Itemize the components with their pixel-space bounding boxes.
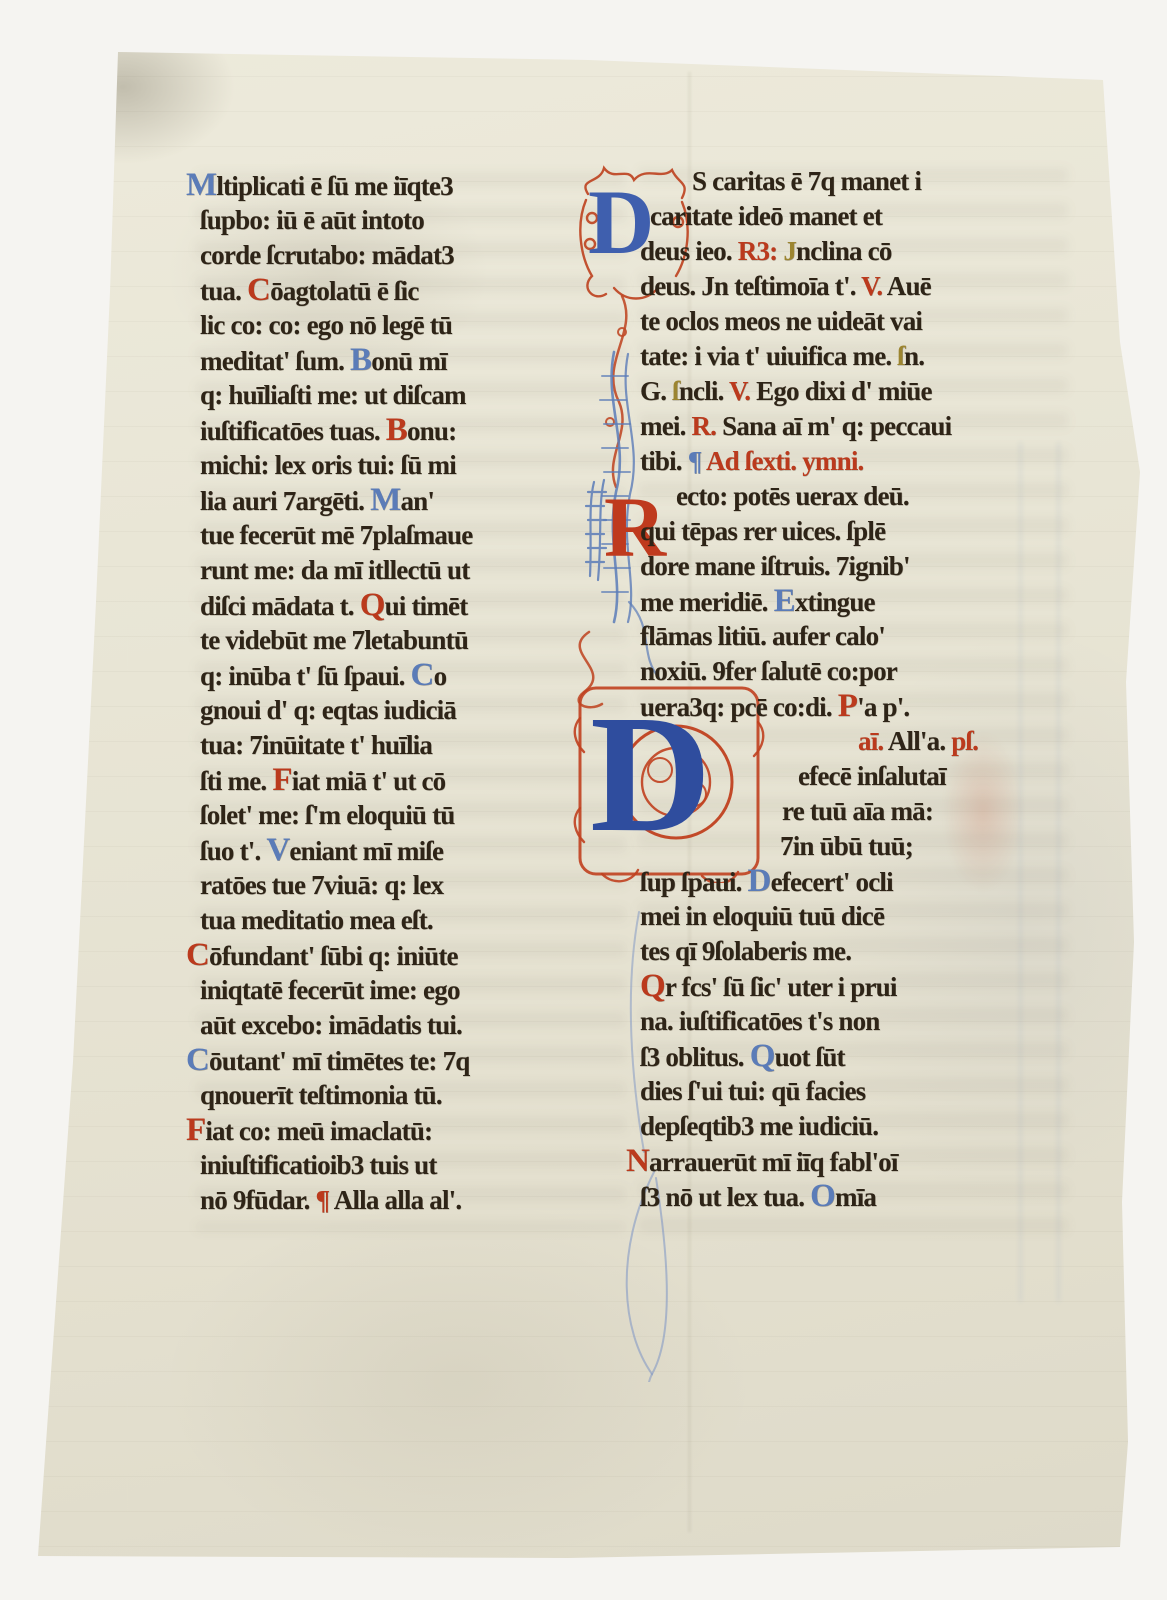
- text-segment: tibi.: [640, 446, 688, 476]
- text-line: mei. R. Sana aī m' q: peccaui: [640, 409, 1070, 444]
- text-segment: meditat' ſum.: [200, 346, 350, 376]
- text-segment: qui tēpas rer uices. ſplē: [640, 516, 885, 546]
- text-line: ſuo t'. Veniant mī miſe: [200, 833, 630, 868]
- photo-backdrop: D R: [0, 0, 1167, 1600]
- text-line: te oclos meos ne uideāt vai: [640, 304, 1070, 339]
- text-line: diſci mādata t. Qui timēt: [200, 588, 630, 623]
- text-segment: S caritas ē 7q manet i: [692, 166, 921, 196]
- text-line: ſ3 oblitus. Quot ſūt: [640, 1039, 1070, 1074]
- text-line: q: inūba t' ſū ſpaui. Co: [200, 658, 630, 693]
- text-line: Narrauerūt mī iīq fabl'oī: [640, 1144, 1070, 1179]
- text-segment: depſeqtib3 me iudiciū.: [640, 1111, 878, 1141]
- text-segment: mīa: [835, 1182, 876, 1212]
- text-segment: All'a.: [883, 726, 951, 756]
- text-segment: an': [400, 486, 434, 516]
- text-line: efecē inſalutaī: [640, 759, 1070, 794]
- text-segment: Ego dixi d' miūe: [750, 376, 931, 406]
- text-line: qui tēpas rer uices. ſplē: [640, 514, 1070, 549]
- text-segment: ſuo t'.: [200, 836, 266, 866]
- text-line: Qr fcs' ſū ſic' uter i prui: [640, 969, 1070, 1004]
- text-line: tua. Cōagtolatū ē ſic: [200, 273, 630, 308]
- text-line: flāmas litiū. aufer calo': [640, 619, 1070, 654]
- versal-initial: C: [186, 1042, 209, 1078]
- text-segment: runt me: da mī itllectū ut: [200, 555, 469, 585]
- text-segment: ōagtolatū ē ſic: [270, 276, 418, 306]
- text-line: ſti me. Fiat miā t' ut cō: [200, 763, 630, 798]
- rubric-text: ſ: [672, 376, 679, 406]
- versal-initial: M: [370, 482, 400, 518]
- text-segment: te oclos meos ne uideāt vai: [640, 306, 922, 336]
- versal-initial: E: [774, 583, 795, 619]
- text-segment: o: [434, 661, 447, 691]
- rubric-text: aī.: [858, 726, 883, 756]
- text-segment: onu:: [407, 416, 456, 446]
- text-line: meditat' ſum. Bonū mī: [200, 343, 630, 378]
- text-segment: deus. Jn teſtimoīa t'.: [640, 271, 861, 301]
- versal-initial: B: [350, 342, 371, 378]
- text-line: runt me: da mī itllectū ut: [200, 553, 630, 588]
- text-segment: nō 9fūdar.: [200, 1185, 316, 1215]
- versal-initial: V: [266, 832, 289, 868]
- text-line: uera3q: pcē co:di. P'a p'.: [640, 689, 1070, 724]
- text-line: dies ſ'ui tui: qū facies: [640, 1074, 1070, 1109]
- text-segment: ſ3 nō ut lex tua.: [640, 1182, 810, 1212]
- rubric-text: Ad ſexti. ymni.: [706, 446, 864, 476]
- text-segment: ncli.: [679, 376, 729, 406]
- rubric-text: ¶: [316, 1185, 330, 1215]
- text-line: Mltiplicati ē ſū me iīqte3: [200, 168, 630, 203]
- text-segment: ltiplicati ē ſū me iīqte3: [216, 171, 452, 201]
- text-segment: Alla alla al'.: [329, 1185, 461, 1215]
- text-segment: uot ſūt: [775, 1042, 845, 1072]
- text-segment: ſ3 oblitus.: [640, 1042, 750, 1072]
- text-segment: deus ieo.: [640, 236, 738, 266]
- versal-initial: C: [411, 657, 434, 693]
- versal-initial: C: [247, 272, 270, 308]
- text-segment: flāmas litiū. aufer calo': [640, 621, 885, 651]
- text-segment: Auē: [882, 271, 931, 301]
- text-segment: iuſtificatōes tuas.: [200, 416, 386, 446]
- text-segment: r fcs' ſū ſic' uter i prui: [665, 972, 897, 1002]
- text-line: mei in eloquiū tuū dicē: [640, 899, 1070, 934]
- rubric-text: ſ: [897, 341, 904, 371]
- text-line: tibi. ¶ Ad ſexti. ymni.: [640, 444, 1070, 479]
- text-line: tes qī 9ſolaberis me.: [640, 934, 1070, 969]
- text-line: corde ſcrutabo: mādat3: [200, 238, 630, 273]
- text-segment: dore mane iſtruis. 7ignib': [640, 551, 910, 581]
- text-segment: ōutant' mī timētes te: 7q: [209, 1046, 469, 1076]
- text-segment: gnoui d' q: eqtas iudiciā: [200, 695, 456, 725]
- text-segment: tua: 7inūitate t' huīlia: [200, 730, 432, 760]
- text-segment: ui timēt: [385, 591, 468, 621]
- text-segment: lic co: co: ego nō legē tū: [200, 310, 452, 340]
- text-segment: q: inūba t' ſū ſpaui.: [200, 661, 411, 691]
- text-segment: te videbūt me 7letabuntū: [200, 625, 468, 655]
- text-segment: na. iuſtificatōes t's non: [640, 1006, 880, 1036]
- rubric-text: V.: [729, 376, 750, 406]
- text-segment: efecē inſalutaī: [798, 761, 946, 791]
- text-segment: caritate ideō manet et: [650, 201, 882, 231]
- text-line: me meridiē. Extingue: [640, 584, 1070, 619]
- text-line: S caritas ē 7q manet i: [640, 164, 1070, 199]
- text-segment: tua.: [200, 276, 247, 306]
- text-segment: me meridiē.: [640, 587, 774, 617]
- text-line: gnoui d' q: eqtas iudiciā: [200, 693, 630, 728]
- text-line: 7in ūbū tuū;: [640, 829, 1070, 864]
- text-segment: n.: [904, 341, 924, 371]
- text-segment: iat miā t' ut cō: [292, 766, 446, 796]
- text-line: Fiat co: meū imaclatū:: [200, 1113, 630, 1148]
- text-segment: q: huīliaſti me: ut diſcam: [200, 380, 466, 410]
- text-segment: diſci mādata t.: [200, 591, 360, 621]
- versal-initial: C: [186, 937, 209, 973]
- rubric-text: V.: [861, 271, 882, 301]
- text-line: caritate ideō manet et: [640, 199, 1070, 234]
- text-segment: 7in ūbū tuū;: [780, 831, 913, 861]
- text-segment: eniant mī miſe: [289, 836, 443, 866]
- text-segment: ōfundant' ſūbi q: iniūte: [209, 941, 458, 971]
- text-line: ſupbo: iū ē aūt intoto: [200, 203, 630, 238]
- right-text-column: S caritas ē 7q manet icaritate ideō mane…: [640, 164, 1070, 1214]
- text-segment: uera3q: pcē co:di.: [640, 692, 838, 722]
- text-line: ecto: potēs uerax deū.: [640, 479, 1070, 514]
- text-line: Cōfundant' ſūbi q: iniūte: [200, 938, 630, 973]
- text-line: ſolet' me: ſ'm eloquiū tū: [200, 798, 630, 833]
- text-line: te videbūt me 7letabuntū: [200, 623, 630, 658]
- text-segment: ſup ſpaui.: [640, 867, 748, 897]
- text-line: depſeqtib3 me iudiciū.: [640, 1109, 1070, 1144]
- text-line: lia auri 7argēti. Man': [200, 483, 630, 518]
- text-segment: michi: lex oris tui: ſū mi: [200, 450, 456, 480]
- text-segment: tate: i via t' uiuifica me.: [640, 341, 897, 371]
- text-segment: iat co: meū imaclatū:: [205, 1116, 432, 1146]
- text-segment: mei.: [640, 411, 691, 441]
- left-text-column: Mltiplicati ē ſū me iīqte3ſupbo: iū ē aū…: [200, 168, 630, 1218]
- text-segment: aūt excebo: imādatis tui.: [200, 1010, 462, 1040]
- text-segment: tua meditatio mea eſt.: [200, 905, 433, 935]
- text-segment: dies ſ'ui tui: qū facies: [640, 1076, 865, 1106]
- text-segment: ſupbo: iū ē aūt intoto: [200, 205, 424, 235]
- text-line: deus ieo. R3: Jnclina cō: [640, 234, 1070, 269]
- versal-initial: Q: [750, 1038, 775, 1074]
- text-line: iniqtatē fecerūt ime: ego: [200, 973, 630, 1008]
- text-line: tate: i via t' uiuifica me. ſn.: [640, 339, 1070, 374]
- versal-initial: Q: [360, 587, 385, 623]
- text-segment: 'a p'.: [857, 692, 909, 722]
- versal-initial: Q: [640, 968, 665, 1004]
- versal-initial: B: [386, 412, 407, 448]
- text-line: G. ſncli. V. Ego dixi d' miūe: [640, 374, 1070, 409]
- text-line: tua meditatio mea eſt.: [200, 903, 630, 938]
- text-line: ratōes tue 7viuā: q: lex: [200, 868, 630, 903]
- text-segment: tue fecerūt mē 7plaſmaue: [200, 520, 472, 550]
- versal-initial: F: [272, 762, 291, 798]
- rubric-text: R.: [691, 411, 716, 441]
- versal-initial: F: [186, 1112, 205, 1148]
- text-line: ſup ſpaui. Defecert' ocli: [640, 864, 1070, 899]
- text-segment: iniqtatē fecerūt ime: ego: [200, 975, 460, 1005]
- text-line: re tuū aīa mā:: [640, 794, 1070, 829]
- text-segment: arrauerūt mī iīq fabl'oī: [649, 1147, 898, 1177]
- text-segment: efecert' ocli: [771, 867, 893, 897]
- manuscript-leaf: D R: [28, 42, 1144, 1562]
- text-segment: lia auri 7argēti.: [200, 486, 370, 516]
- text-line: deus. Jn teſtimoīa t'. V. Auē: [640, 269, 1070, 304]
- text-segment: noxiū. 9fer ſalutē co:por: [640, 656, 897, 686]
- text-segment: ſolet' me: ſ'm eloquiū tū: [200, 800, 454, 830]
- text-line: aī. All'a. pſ.: [640, 724, 1070, 759]
- text-segment: mei in eloquiū tuū dicē: [640, 901, 884, 931]
- text-segment: ratōes tue 7viuā: q: lex: [200, 870, 443, 900]
- text-line: qnouerīt teſtimonia tū.: [200, 1078, 630, 1113]
- text-line: michi: lex oris tui: ſū mi: [200, 448, 630, 483]
- text-line: nō 9fūdar. ¶ Alla alla al'.: [200, 1183, 630, 1218]
- text-segment: G.: [640, 376, 672, 406]
- text-segment: nclina cō: [796, 236, 892, 266]
- text-segment: iniuſtificatioib3 tuis ut: [200, 1150, 437, 1180]
- text-line: ſ3 nō ut lex tua. Omīa: [640, 1179, 1070, 1214]
- text-segment: tes qī 9ſolaberis me.: [640, 936, 851, 966]
- text-line: iniuſtificatioib3 tuis ut: [200, 1148, 630, 1183]
- text-line: na. iuſtificatōes t's non: [640, 1004, 1070, 1039]
- text-segment: ecto: potēs uerax deū.: [676, 481, 909, 511]
- versal-initial: O: [810, 1178, 835, 1214]
- text-line: q: huīliaſti me: ut diſcam: [200, 378, 630, 413]
- rubric-text: pſ.: [951, 726, 978, 756]
- text-line: tua: 7inūitate t' huīlia: [200, 728, 630, 763]
- versal-initial: D: [748, 863, 771, 899]
- text-segment: ſti me.: [200, 766, 272, 796]
- versal-initial: M: [186, 167, 216, 203]
- text-segment: onū mī: [371, 346, 446, 376]
- versal-initial: N: [626, 1143, 649, 1179]
- rubric-text: R3:: [738, 236, 778, 266]
- left-edge-red-tinge: [34, 1082, 38, 1512]
- text-line: iuſtificatōes tuas. Bonu:: [200, 413, 630, 448]
- text-line: tue fecerūt mē 7plaſmaue: [200, 518, 630, 553]
- text-segment: xtingue: [795, 587, 875, 617]
- text-line: lic co: co: ego nō legē tū: [200, 308, 630, 343]
- text-segment: re tuū aīa mā:: [782, 796, 933, 826]
- text-line: noxiū. 9fer ſalutē co:por: [640, 654, 1070, 689]
- text-segment: corde ſcrutabo: mādat3: [200, 240, 454, 270]
- versal-initial: P: [838, 688, 857, 724]
- text-segment: qnouerīt teſtimonia tū.: [200, 1080, 442, 1110]
- rubric-text: ¶: [688, 446, 702, 476]
- text-line: dore mane iſtruis. 7ignib': [640, 549, 1070, 584]
- text-line: aūt excebo: imādatis tui.: [200, 1008, 630, 1043]
- versal-initial: J: [783, 236, 796, 266]
- text-line: Cōutant' mī timētes te: 7q: [200, 1043, 630, 1078]
- text-segment: Sana aī m' q: peccaui: [716, 411, 951, 441]
